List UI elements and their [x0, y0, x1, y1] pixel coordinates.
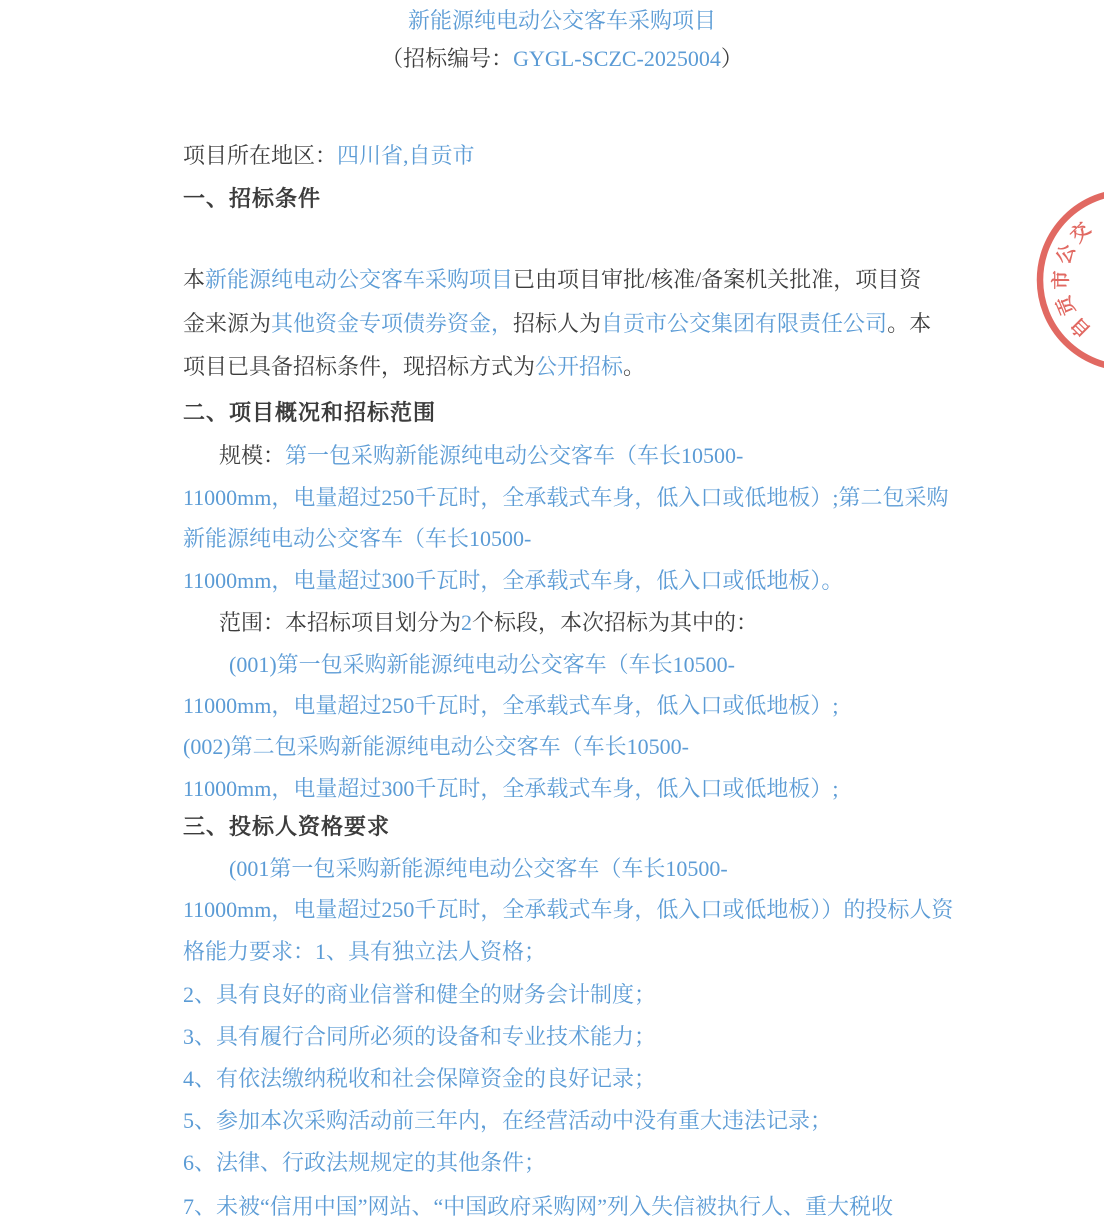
text-segment: 4、有依法缴纳税收和社会保障资金的良好记录；: [183, 1066, 656, 1091]
text-segment: 。: [623, 354, 645, 379]
text-segment: 规模：: [219, 443, 285, 468]
text-segment: 其他资金专项债券资金，: [271, 311, 513, 336]
qualification-item: 3、具有履行合同所必须的设备和专业技术能力；: [183, 1022, 941, 1052]
qualification-item: 4、有依法缴纳税收和社会保障资金的良好记录；: [183, 1064, 941, 1094]
text-segment: 11000mm，电量超过250千瓦时，全承载式车身，低入口或低地板））的投标人资: [183, 897, 953, 922]
section-heading-3: 三、投标人资格要求: [183, 812, 941, 842]
text-segment: 7、未被“信用中国”网站、“中国政府采购网”列入失信被执行人、重大税收: [183, 1194, 893, 1219]
text-segment: 个标段，本次招标为其中的：: [472, 610, 758, 635]
text-segment: 格能力要求：1、具有独立法人资格；: [183, 939, 546, 964]
qualification-line: (001第一包采购新能源纯电动公交客车（车长10500-: [183, 854, 987, 884]
lot-line: 11000mm，电量超过250千瓦时，全承载式车身，低入口或低地板）;: [183, 691, 941, 721]
text-segment: 3、具有履行合同所必须的设备和专业技术能力；: [183, 1024, 656, 1049]
text-segment: 已由项目审批/核准/备案机关批准，项目资: [513, 267, 921, 292]
text-segment: (002)第二包采购新能源纯电动公交客车（车长10500-: [183, 734, 689, 759]
seal-character: 交: [1065, 217, 1095, 247]
text-segment: 11000mm，电量超过250千瓦时，全承载式车身，低入口或低地板）;第二包采购: [183, 485, 949, 510]
text-segment: 三、投标人资格要求: [183, 814, 390, 839]
scale-line: 11000mm，电量超过250千瓦时，全承载式车身，低入口或低地板）;第二包采购: [183, 483, 941, 513]
qualification-line: 格能力要求：1、具有独立法人资格；: [183, 937, 941, 967]
text-segment: 招标人为: [513, 311, 601, 336]
text-segment: 新能源纯电动公交客车（车长10500-: [183, 526, 531, 551]
section-heading-2: 二、项目概况和招标范围: [183, 398, 941, 428]
text-segment: 二、项目概况和招标范围: [183, 400, 436, 425]
lot-line: (001)第一包采购新能源纯电动公交客车（车长10500-: [183, 650, 987, 680]
text-segment: 5、参加本次采购活动前三年内，在经营活动中没有重大违法记录；: [183, 1108, 832, 1133]
text-segment: 自贡市公交集团有限责任公司: [601, 311, 887, 336]
tender-conditions-line: 金来源为其他资金专项债券资金，招标人为自贡市公交集团有限责任公司。本: [183, 309, 941, 339]
official-seal: 自贡市公交: [1000, 150, 1104, 450]
qualification-item: 2、具有良好的商业信誉和健全的财务会计制度；: [183, 980, 941, 1010]
qualification-item: 5、参加本次采购活动前三年内，在经营活动中没有重大违法记录；: [183, 1106, 941, 1136]
text-segment: 。本: [887, 311, 931, 336]
lot-line: (002)第二包采购新能源纯电动公交客车（车长10500-: [183, 732, 941, 762]
qualification-item: 6、法律、行政法规规定的其他条件；: [183, 1148, 941, 1178]
document-page: 新能源纯电动公交客车采购项目（招标编号：GYGL-SCZC-2025004）项目…: [0, 0, 1104, 1223]
lot-line: 11000mm，电量超过300千瓦时，全承载式车身，低入口或低地板）;: [183, 774, 941, 804]
text-segment: 新能源纯电动公交客车采购项目: [205, 267, 513, 292]
text-segment: 第一包采购新能源纯电动公交客车（车长10500-: [285, 443, 743, 468]
seal-ring: [1040, 192, 1104, 368]
project-region-line: 项目所在地区：四川省,自贡市: [183, 141, 941, 171]
text-segment: 项目已具备招标条件，现招标方式为: [183, 354, 535, 379]
text-segment: 范围：本招标项目划分为: [219, 610, 461, 635]
text-segment: 公开招标: [535, 354, 623, 379]
scale-line: 新能源纯电动公交客车（车长10500-: [183, 524, 941, 554]
text-segment: 11000mm，电量超过300千瓦时，全承载式车身，低入口或低地板）;: [183, 776, 839, 801]
seal-character: 市: [1049, 270, 1072, 289]
text-segment: (001)第一包采购新能源纯电动公交客车（车长10500-: [229, 652, 735, 677]
seal-character: 自: [1065, 313, 1095, 343]
tender-number-line: （招标编号：GYGL-SCZC-2025004）: [183, 44, 941, 74]
seal-character: 贡: [1052, 291, 1080, 319]
text-segment: 2、具有良好的商业信誉和健全的财务会计制度；: [183, 982, 656, 1007]
doc-title: 新能源纯电动公交客车采购项目: [183, 6, 941, 36]
text-segment: 金来源为: [183, 311, 271, 336]
text-segment: 项目所在地区：: [183, 143, 337, 168]
text-segment: 2: [461, 610, 472, 635]
text-segment: GYGL-SCZC-2025004: [513, 46, 721, 71]
section-heading-1: 一、招标条件: [183, 184, 941, 214]
text-segment: （招标编号：: [381, 46, 513, 71]
text-segment: 本: [183, 267, 205, 292]
scale-line: 规模：第一包采购新能源纯电动公交客车（车长10500-: [183, 441, 977, 471]
text-segment: 一、招标条件: [183, 186, 321, 211]
scope-line: 范围：本招标项目划分为2个标段，本次招标为其中的：: [183, 608, 977, 638]
seal-character: 公: [1052, 240, 1080, 267]
text-segment: ）: [721, 46, 743, 71]
tender-conditions-line: 项目已具备招标条件，现招标方式为公开招标。: [183, 352, 941, 382]
scale-line: 11000mm，电量超过300千瓦时，全承载式车身，低入口或低地板）。: [183, 566, 941, 596]
text-segment: (001第一包采购新能源纯电动公交客车（车长10500-: [229, 856, 728, 881]
text-segment: 四川省,自贡市: [337, 143, 475, 168]
tender-conditions-line: 本新能源纯电动公交客车采购项目已由项目审批/核准/备案机关批准，项目资: [183, 265, 941, 295]
text-segment: 11000mm，电量超过250千瓦时，全承载式车身，低入口或低地板）;: [183, 693, 839, 718]
qualification-line: 11000mm，电量超过250千瓦时，全承载式车身，低入口或低地板））的投标人资: [183, 895, 941, 925]
qualification-item: 7、未被“信用中国”网站、“中国政府采购网”列入失信被执行人、重大税收: [183, 1192, 941, 1222]
text-segment: 6、法律、行政法规规定的其他条件；: [183, 1150, 546, 1175]
text-segment: 11000mm，电量超过300千瓦时，全承载式车身，低入口或低地板）。: [183, 568, 843, 593]
text-segment: 新能源纯电动公交客车采购项目: [408, 8, 716, 33]
